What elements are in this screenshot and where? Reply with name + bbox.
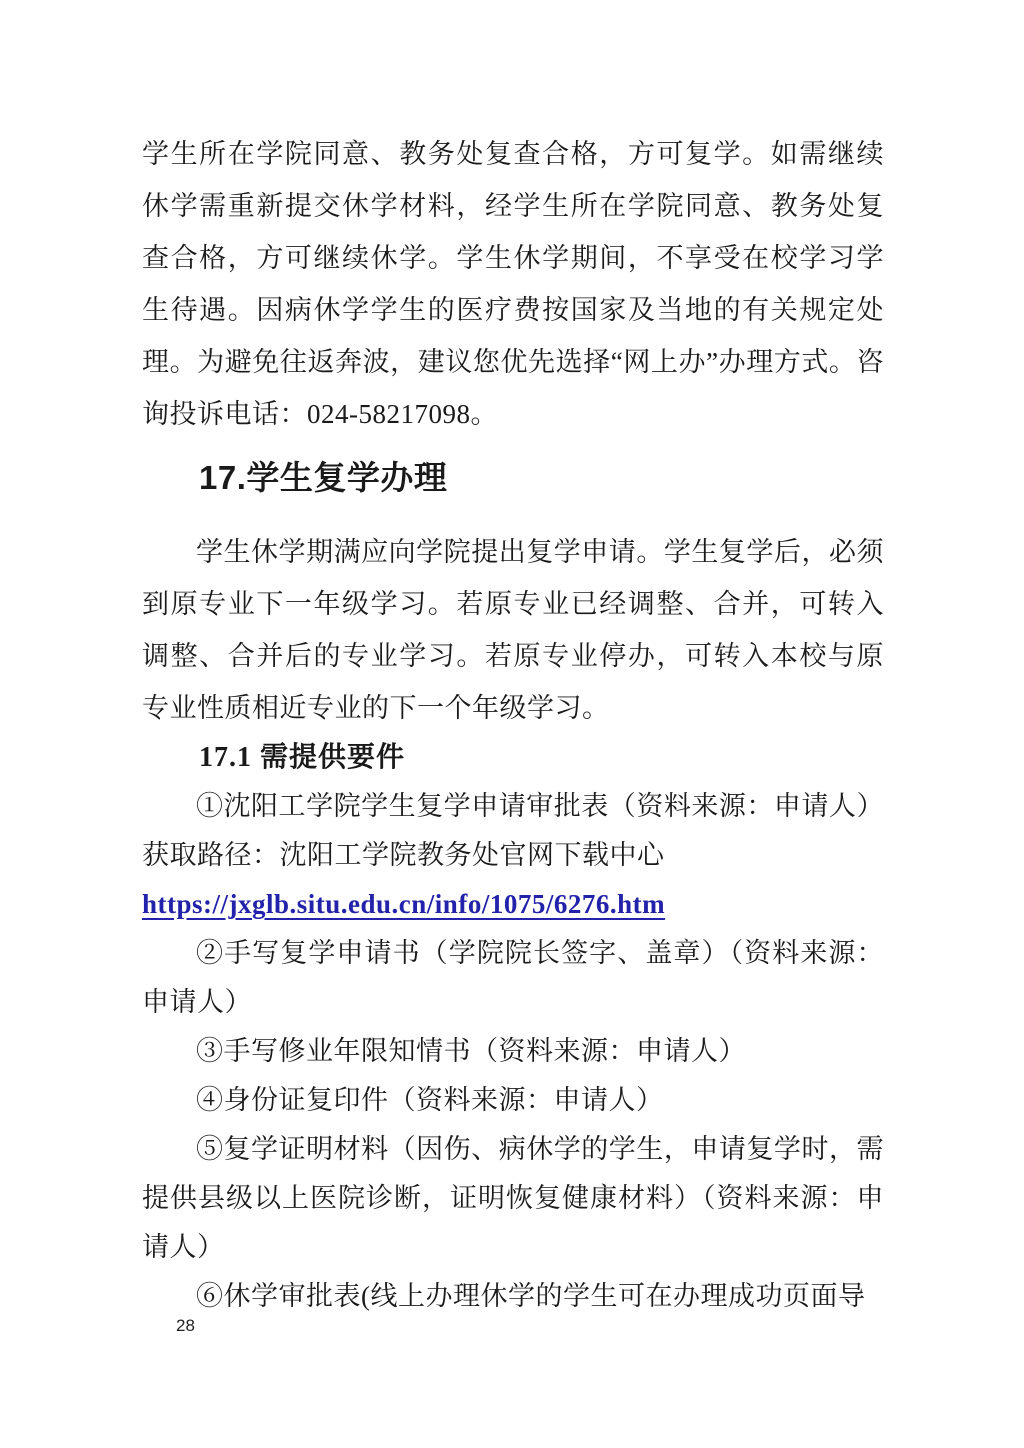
paragraph-resume-study: 学生休学期满应向学院提出复学申请。学生复学后，必须到原专业下一年级学习。若原专业…: [142, 526, 884, 734]
link-line: https://jxglb.situ.edu.cn/info/1075/6276…: [142, 880, 884, 929]
list-item-6: ⑥休学审批表(线上办理休学的学生可在办理成功页面导: [142, 1272, 884, 1321]
list-item-4: ④身份证复印件（资料来源：申请人）: [142, 1076, 884, 1125]
page-number-label: 28: [176, 1316, 195, 1336]
download-center-hyperlink[interactable]: https://jxglb.situ.edu.cn/info/1075/6276…: [142, 889, 665, 919]
list-item-5: ⑤复学证明材料（因伤、病休学的学生，申请复学时，需提供县级以上医院诊断，证明恢复…: [142, 1125, 884, 1272]
section-heading-17: 17.学生复学办理: [142, 456, 884, 500]
list-item-1: ①沈阳工学院学生复学申请审批表（资料来源：申请人）获取路径：沈阳工学院教务处官网…: [142, 782, 884, 880]
list-item-5-continuation: 请人）: [142, 1232, 225, 1262]
list-item-5-text: ⑤复学证明材料（因伤、病休学的学生，申请复学时，需提供县级以上医院诊断，证明恢复…: [142, 1134, 884, 1213]
list-item-3: ③手写修业年限知情书（资料来源：申请人）: [142, 1027, 884, 1076]
text-content: 学生所在学院同意、教务处复查合格，方可复学。如需继续休学需重新提交休学材料，经学…: [142, 128, 884, 1321]
list-item-2: ②手写复学申请书（学院院长签字、盖章）（资料来源：申请人）: [142, 929, 884, 1027]
document-page: 学生所在学院同意、教务处复查合格，方可复学。如需继续休学需重新提交休学材料，经学…: [0, 0, 1024, 1448]
paragraph-continuation: 学生所在学院同意、教务处复查合格，方可复学。如需继续休学需重新提交休学材料，经学…: [142, 128, 884, 440]
subsection-heading-17-1: 17.1 需提供要件: [142, 734, 884, 782]
